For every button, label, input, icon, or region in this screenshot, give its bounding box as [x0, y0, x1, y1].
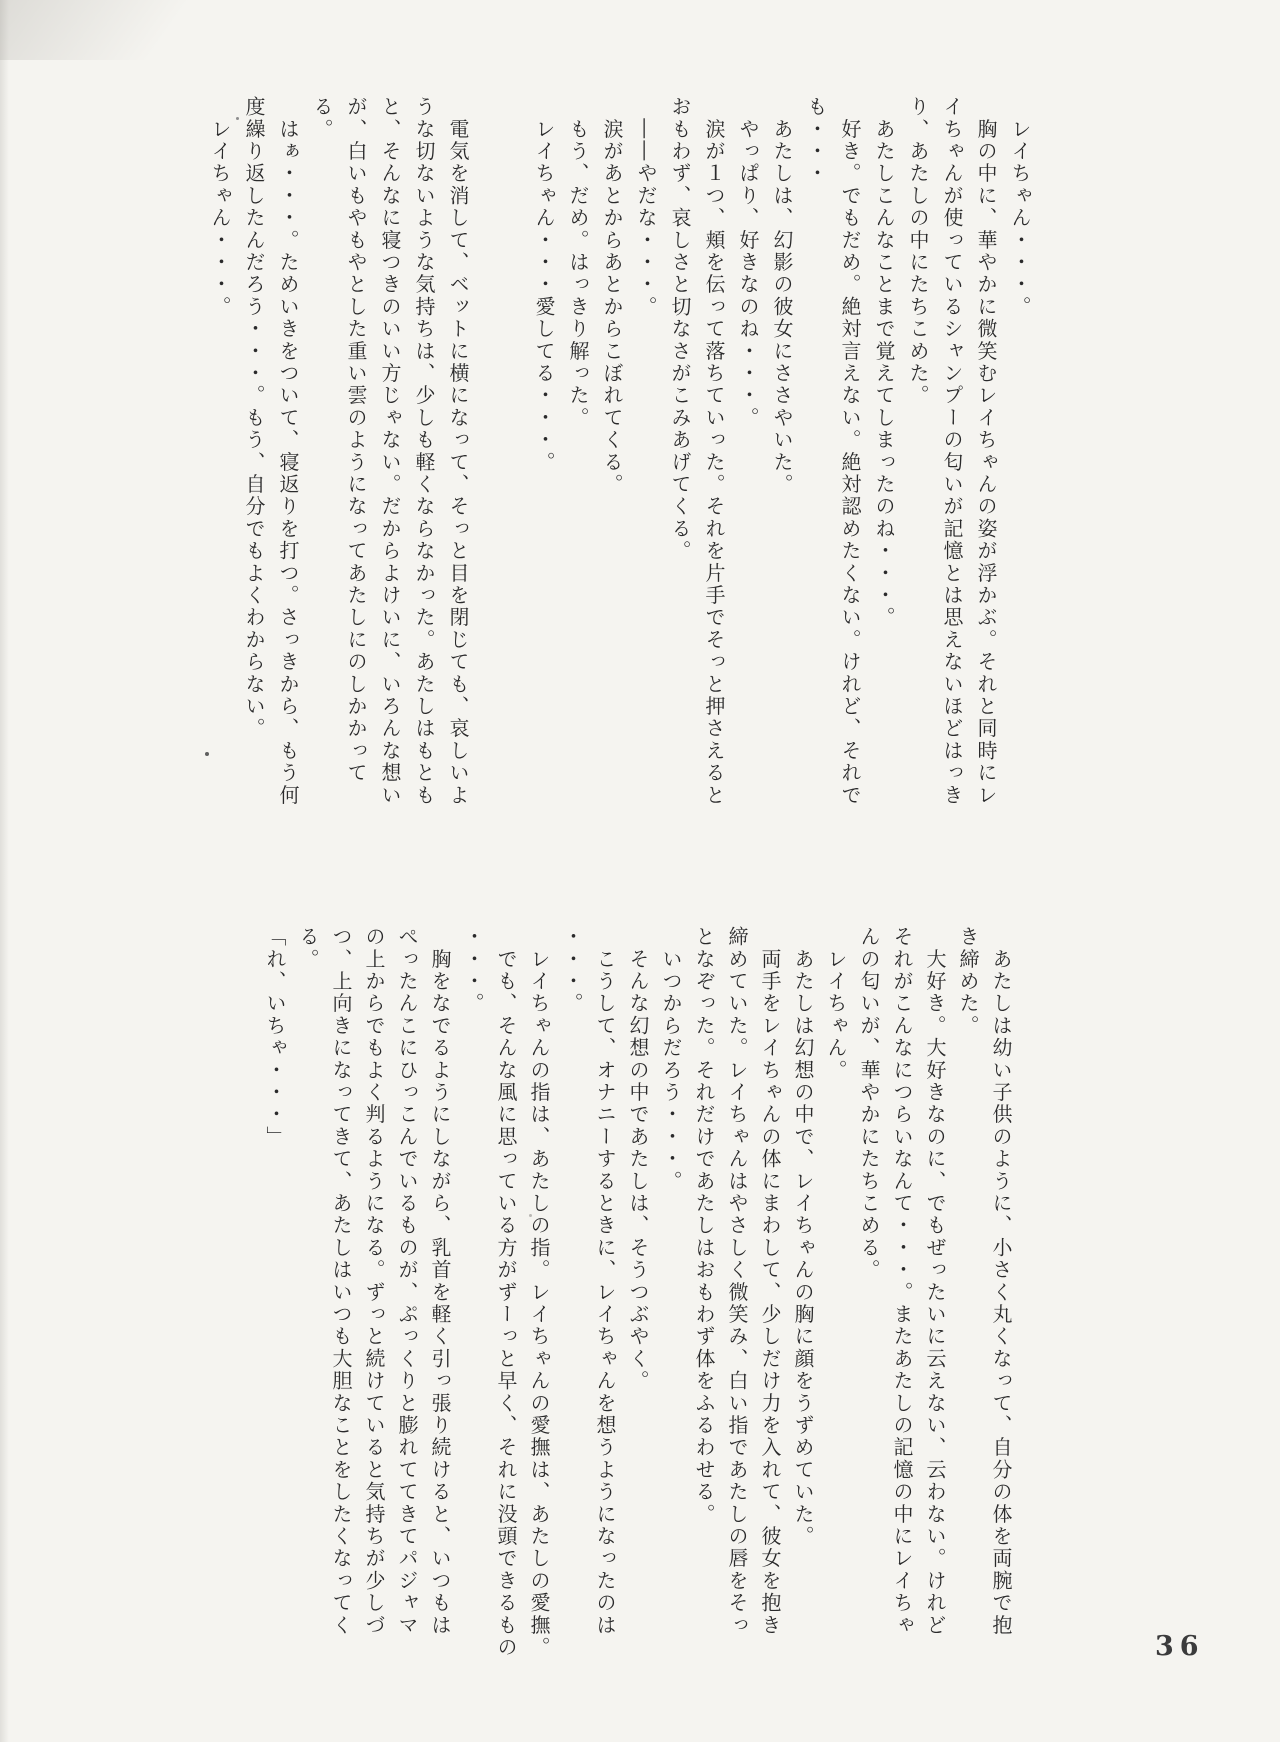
- text-column: こうして、オナニーするときに、レイちゃんを想うようになったのは: [588, 926, 621, 1670]
- text-column: ぺったんこにひっこんでいるものが、ぷっくりと膨れててきてパジャマ: [390, 926, 423, 1670]
- top-text-block: レイちゃん・・・。 胸の中に、華やかに微笑むレイちゃんの姿が浮かぶ。それと同時に…: [203, 96, 1037, 808]
- text-column: レイちゃん・・・愛してる・・・。: [527, 96, 561, 808]
- text-column: る。: [291, 926, 324, 1670]
- text-column: が、白いもやもやとした重い雲のようになってあたしにのしかかってる。: [305, 96, 373, 808]
- text-column: 「れ、いちゃ・・・」: [258, 926, 291, 1670]
- scanned-page: レイちゃん・・・。 胸の中に、華やかに微笑むレイちゃんの姿が浮かぶ。それと同時に…: [0, 0, 1280, 1742]
- text-column: 度繰り返したんだろう・・・。もう、自分でもよくわからない。: [237, 96, 271, 808]
- text-column: あたしは幼い子供のように、小さく丸くなって、自分の体を両腕で抱: [984, 926, 1017, 1670]
- bottom-text-block: あたしは幼い子供のように、小さく丸くなって、自分の体を両腕で抱き締めた。 大好き…: [258, 926, 1017, 1670]
- text-column: それがこんなにつらいなんて・・・。またあたしの記憶の中にレイちゃ: [885, 926, 918, 1670]
- text-column: レイちゃん・・・。: [1003, 96, 1037, 808]
- text-column: と、そんなに寝つきのいい方じゃない。だからよけいに、いろんな想い: [373, 96, 407, 808]
- text-column: 好き。でもだめ。絶対言えない。絶対認めたくない。けれど、それで: [833, 96, 867, 808]
- text-column: うな切ないような気持ちは、少しも軽くならなかった。あたしはもとも: [407, 96, 441, 808]
- text-column: でも、そんな風に思っている方がずーっと早く、それに没頭できるもの: [489, 926, 522, 1670]
- text-column: 電気を消して、ベットに横になって、そっと目を閉じても、哀しいよ: [441, 96, 475, 808]
- text-column: き締めた。: [951, 926, 984, 1670]
- text-column: んの匂いが、華やかにたちこめる。: [852, 926, 885, 1670]
- text-column: レイちゃん・・・。: [203, 96, 237, 808]
- text-column: レイちゃんの指は、あたしの指。レイちゃんの愛撫は、あたしの愛撫。: [522, 926, 555, 1670]
- text-column: つ、上向きになってきて、あたしはいつも大胆なことをしたくなってく: [324, 926, 357, 1670]
- text-column: ・・・。: [456, 926, 489, 1670]
- text-column: はぁ・・・。ためいきをついて、寝返りを打つ。さっきから、もう何: [271, 96, 305, 808]
- text-column: やっぱり、好きなのね・・・。: [731, 96, 765, 808]
- page-number: 36: [1155, 1631, 1205, 1662]
- text-column: 涙があとからあとからこぼれてくる。: [595, 96, 629, 808]
- text-column: の上からでもよく判るようになる。ずっと続けていると気持ちが少しづ: [357, 926, 390, 1670]
- text-column: 締めていた。レイちゃんはやさしく微笑み、白い指であたしの唇をそっ: [720, 926, 753, 1670]
- text-column: いつからだろう・・・。: [654, 926, 687, 1670]
- text-column: そんな幻想の中であたしは、そうつぶやく。: [621, 926, 654, 1670]
- text-column: あたしは、幻影の彼女にささやいた。: [765, 96, 799, 808]
- scan-corner-shade: [0, 0, 230, 60]
- text-column: 胸をなでるようにしながら、乳首を軽く引っ張り続けると、いつもは: [423, 926, 456, 1670]
- text-column: イちゃんが使っているシャンプーの匂いが記憶とは思えないほどはっき: [935, 96, 969, 808]
- text-column: 大好き。大好きなのに、でもぜったいに云えない、云わない。けれど: [918, 926, 951, 1670]
- scan-left-edge: [0, 0, 9, 1742]
- text-column: となぞった。それだけであたしはおもわず体をふるわせる。: [687, 926, 720, 1670]
- text-column: おもわず、哀しさと切なさがこみあげてくる。: [663, 96, 697, 808]
- text-column: あたしは幻想の中で、レイちゃんの胸に顔をうずめていた。: [786, 926, 819, 1670]
- text-column: 涙が１つ、頬を伝って落ちていった。それを片手でそっと押さえると: [697, 96, 731, 808]
- text-column: あたしこんなことまで覚えてしまったのね・・・。: [867, 96, 901, 808]
- text-column: 両手をレイちゃんの体にまわして、少しだけ力を入れて、彼女を抱き: [753, 926, 786, 1670]
- text-column: 胸の中に、華やかに微笑むレイちゃんの姿が浮かぶ。それと同時にレ: [969, 96, 1003, 808]
- text-column: ・・・。: [555, 926, 588, 1670]
- text-column: レイちゃん。: [819, 926, 852, 1670]
- text-column: も・・・: [799, 96, 833, 808]
- text-column: ――やだな・・・。: [629, 96, 663, 808]
- text-column: り、あたしの中にたちこめた。: [901, 96, 935, 808]
- text-column: もう、だめ。はっきり解った。: [561, 96, 595, 808]
